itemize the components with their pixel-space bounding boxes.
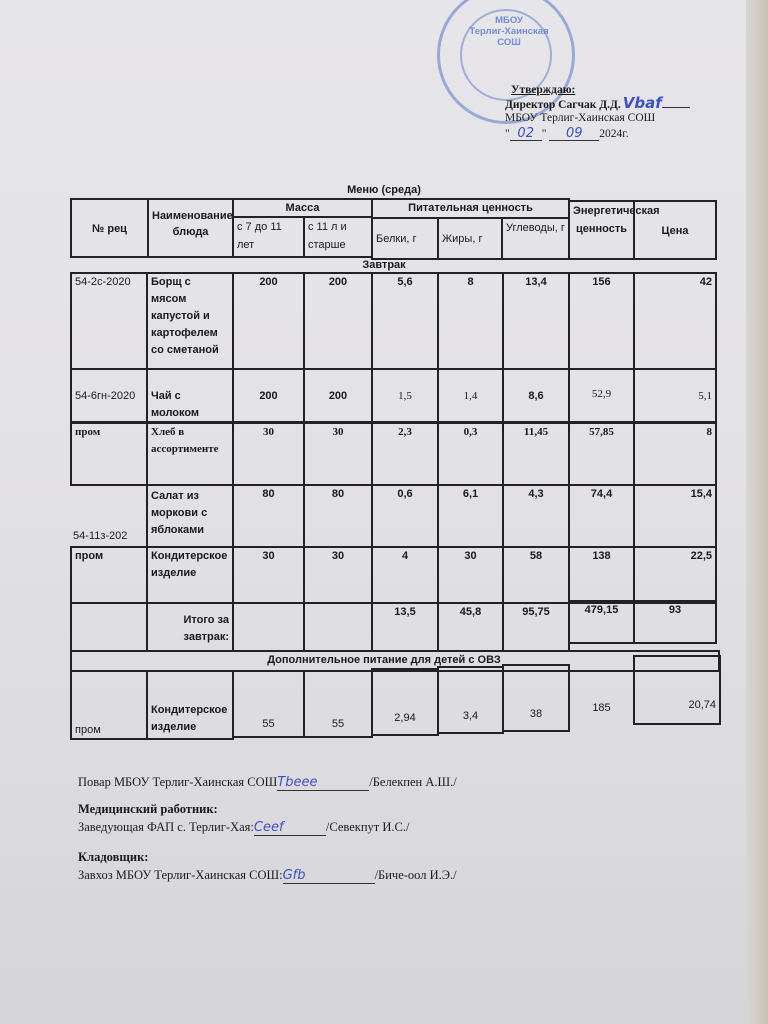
paper-edge bbox=[746, 0, 768, 1024]
cell-dish: Кондитерское изделие bbox=[146, 546, 234, 604]
signature-name: /Севекпут И.С./ bbox=[326, 820, 410, 834]
cell-dish: Салат из моркови с яблоками bbox=[146, 484, 234, 548]
cell-fats: 8 bbox=[437, 272, 504, 370]
header-recipe-no: № рец bbox=[70, 198, 149, 258]
total-price: 93 bbox=[633, 600, 717, 644]
cell-empty bbox=[70, 602, 148, 652]
cell-recipe: пром bbox=[70, 422, 148, 486]
approval-year: 2024г. bbox=[599, 128, 628, 140]
signature-storekeeper: Кладовщик: bbox=[78, 850, 148, 865]
cell-energy: 52,9 bbox=[568, 368, 635, 423]
header-mass: Масса bbox=[232, 198, 373, 218]
cell-mass-11-plus: 55 bbox=[303, 670, 373, 738]
header-mass-11-plus: с 11 л и старше bbox=[303, 216, 373, 258]
cell-mass-7-11: 200 bbox=[232, 272, 305, 370]
cell-price: 42 bbox=[633, 272, 717, 370]
cell-price: 5,1 bbox=[633, 368, 717, 423]
signature-role: Заведующая ФАП с. Терлиг-Хая: bbox=[78, 820, 254, 834]
total-proteins: 13,5 bbox=[371, 602, 439, 652]
cell-recipe: пром bbox=[70, 670, 148, 740]
stamp-text: МБОУ Терлиг-Хаинская СОШ bbox=[440, 15, 578, 48]
cell-dish: Борщ с мясом капустой и картофелем со см… bbox=[146, 272, 234, 370]
approval-position: Директор Сагчак Д.Д.Vbaf bbox=[505, 97, 690, 112]
cell-carbs: 38 bbox=[502, 664, 570, 732]
signature-cook: Повар МБОУ Терлиг-Хаинская СОШTbeee/Беле… bbox=[78, 775, 457, 791]
header-price: Цена bbox=[633, 200, 717, 260]
cell-mass-11-plus: 80 bbox=[303, 484, 373, 548]
menu-title: Меню (среда) bbox=[0, 184, 768, 196]
approval-day: 02 bbox=[510, 127, 542, 141]
total-energy: 479,15 bbox=[568, 600, 635, 644]
cell-price: 22,5 bbox=[633, 546, 717, 604]
cell-mass-7-11: 55 bbox=[232, 670, 305, 738]
cell-empty bbox=[303, 602, 373, 652]
cell-energy: 74,4 bbox=[568, 484, 635, 548]
cell-recipe: 54-6гн-2020 bbox=[70, 368, 148, 423]
cell-dish: Кондитерское изделие bbox=[146, 670, 234, 740]
cell-carbs: 13,4 bbox=[502, 272, 570, 370]
director-name: Директор Сагчак Д.Д. bbox=[505, 99, 621, 111]
approval-heading: Утверждаю: bbox=[511, 84, 690, 97]
signature-mark: Tbeee bbox=[277, 775, 369, 791]
cell-price: 8 bbox=[633, 422, 717, 486]
cell-mass-7-11: 30 bbox=[232, 546, 305, 604]
cell-energy: 156 bbox=[568, 272, 635, 370]
stamp-line: СОШ bbox=[440, 37, 578, 48]
cell-mass-7-11: 30 bbox=[232, 422, 305, 486]
cell-mass-11-plus: 30 bbox=[303, 546, 373, 604]
header-fats: Жиры, г bbox=[437, 217, 503, 260]
cell-fats: 6,1 bbox=[437, 484, 504, 548]
signature-mark: Ceef bbox=[254, 820, 326, 836]
cell-fats: 3,4 bbox=[437, 666, 504, 734]
signature-medic: Медицинский работник: bbox=[78, 802, 218, 817]
cell-recipe: пром bbox=[70, 546, 148, 604]
approval-school: МБОУ Терлиг-Хаинская СОШ bbox=[505, 112, 690, 125]
cell-proteins: 0,6 bbox=[371, 484, 439, 548]
approval-month: 09 bbox=[549, 127, 599, 141]
header-carbs: Углеводы, г bbox=[501, 217, 570, 260]
cell-price: 15,4 bbox=[633, 484, 717, 548]
signature-role: Повар МБОУ Терлиг-Хаинская СОШ bbox=[78, 775, 277, 789]
cell-dish: Чай с молоком bbox=[146, 368, 234, 423]
total-label: Итого за завтрак: bbox=[146, 602, 234, 652]
cell-fats: 30 bbox=[437, 546, 504, 604]
signature-role: Завхоз МБОУ Терлиг-Хаинская СОШ: bbox=[78, 868, 283, 882]
cell-carbs: 8,6 bbox=[502, 368, 570, 423]
header-mass-7-11: с 7 до 11 лет bbox=[232, 216, 305, 258]
cell-recipe: 54-2с-2020 bbox=[70, 272, 148, 370]
header-dish-name: Наименование блюда bbox=[147, 198, 234, 258]
section-breakfast: Завтрак bbox=[0, 259, 768, 271]
signature-mark: Gfb bbox=[283, 868, 375, 884]
signature-fap: Заведующая ФАП с. Терлиг-Хая:Ceef/Севекп… bbox=[78, 820, 409, 836]
stamp-line: Терлиг-Хаинская bbox=[440, 26, 578, 37]
header-nutrition: Питательная ценность bbox=[371, 198, 570, 219]
approval-date: "02" 092024г. bbox=[505, 127, 690, 141]
cell-proteins: 1,5 bbox=[371, 368, 439, 423]
header-proteins: Белки, г bbox=[371, 217, 439, 260]
cell-mass-7-11: 200 bbox=[232, 368, 305, 423]
cell-proteins: 2,94 bbox=[371, 668, 439, 736]
signature-supply: Завхоз МБОУ Терлиг-Хаинская СОШ:Gfb/Биче… bbox=[78, 868, 457, 884]
total-fats: 45,8 bbox=[437, 602, 504, 652]
cell-mass-11-plus: 200 bbox=[303, 272, 373, 370]
signature-name: /Белекпен А.Ш./ bbox=[369, 775, 456, 789]
cell-energy: 138 bbox=[568, 546, 635, 604]
cell-energy: 57,85 bbox=[568, 422, 635, 486]
cell-price: 20,74 bbox=[633, 655, 721, 725]
cell-dish: Хлеб в ассортименте bbox=[146, 422, 234, 486]
cell-carbs: 4,3 bbox=[502, 484, 570, 548]
cell-mass-7-11: 80 bbox=[232, 484, 305, 548]
cell-fats: 0,3 bbox=[437, 422, 504, 486]
cell-mass-11-plus: 30 bbox=[303, 422, 373, 486]
signature-name: /Биче-оол И.Э./ bbox=[375, 868, 457, 882]
cell-proteins: 2,3 bbox=[371, 422, 439, 486]
total-carbs: 95,75 bbox=[502, 602, 570, 652]
stamp-line: МБОУ bbox=[440, 15, 578, 26]
cell-fats: 1,4 bbox=[437, 368, 504, 423]
cell-empty bbox=[232, 602, 305, 652]
cell-energy: 185 bbox=[568, 664, 635, 732]
cell-proteins: 5,6 bbox=[371, 272, 439, 370]
cell-proteins: 4 bbox=[371, 546, 439, 604]
cell-carbs: 11,45 bbox=[502, 422, 570, 486]
header-energy: Энергетическая ценность bbox=[568, 200, 635, 260]
cell-mass-11-plus: 200 bbox=[303, 368, 373, 423]
cell-carbs: 58 bbox=[502, 546, 570, 604]
director-signature: Vbaf bbox=[623, 94, 662, 112]
approval-block: Утверждаю: Директор Сагчак Д.Д.Vbaf МБОУ… bbox=[505, 84, 690, 141]
